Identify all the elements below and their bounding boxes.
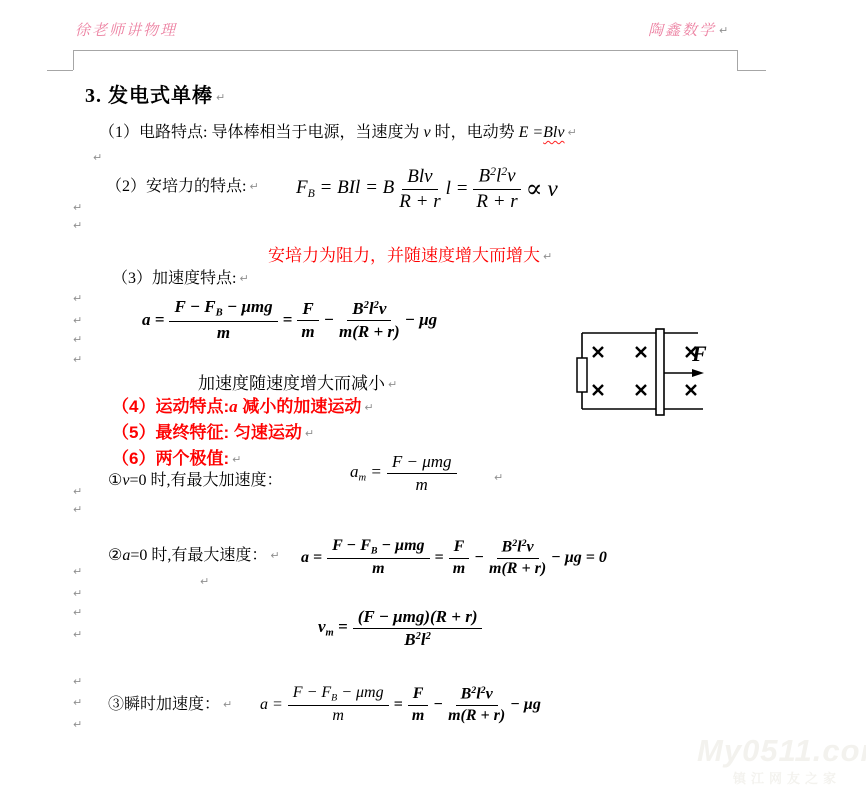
text-segment: （2）安培力的特点: xyxy=(106,178,246,195)
paragraph-mark: ↵ xyxy=(543,250,552,263)
fraction: F − μmgm xyxy=(387,452,457,494)
fraction-denominator: m(R + r) xyxy=(489,559,546,578)
text-segment: =0 时,有最大加速度： xyxy=(129,472,282,489)
flux-cross-icon xyxy=(686,385,696,395)
math-term: vm = xyxy=(318,617,348,639)
formula-max-acceleration: am =F − μmgm xyxy=(350,450,457,496)
fraction-numerator: F − FB − μmg xyxy=(169,297,277,322)
math-term: a = xyxy=(142,310,164,330)
fraction: B2l2vm(R + r) xyxy=(339,299,400,341)
math-term: − μg = 0 xyxy=(551,549,607,567)
fraction-numerator: Blv xyxy=(402,166,437,190)
fraction-denominator: R + r xyxy=(476,190,517,213)
sub-item-max-velocity: ②a=0 时,有最大速度：↵ xyxy=(108,545,280,566)
flux-crosses xyxy=(593,347,696,395)
paragraph-mark: ↵ xyxy=(719,24,730,37)
emf-equals: E = xyxy=(519,124,544,141)
emf-blv: Blv xyxy=(543,124,564,141)
paragraph-mark: ↵ xyxy=(73,676,82,687)
paragraph-mark: ↵ xyxy=(216,91,226,104)
math-term: − μg xyxy=(405,310,438,330)
fraction-denominator: m xyxy=(416,474,428,495)
text-segment: （3）加速度特点: xyxy=(112,270,236,287)
fraction-numerator: B2l2v xyxy=(497,538,539,559)
note-red-text: 安培力为阻力，并随速度增大而增大 xyxy=(268,246,540,265)
math-term: l = xyxy=(446,178,469,200)
paragraph-mark: ↵ xyxy=(73,588,82,599)
fraction: BlvR + r xyxy=(399,166,440,213)
paragraph-mark: ↵ xyxy=(305,427,314,440)
watermark-tagline: 镇江网友之家 xyxy=(733,768,841,787)
paragraph-mark: ↵ xyxy=(567,126,576,139)
math-term: a = xyxy=(301,549,322,567)
fraction: B2l2vm(R + r) xyxy=(489,538,546,578)
note-ampere-resistance: 安培力为阻力，并随速度增大而增大↵ xyxy=(268,245,552,267)
circled-two: ② xyxy=(108,547,122,564)
variable-v: v xyxy=(423,124,430,141)
flux-cross-icon xyxy=(636,385,646,395)
paragraph-ampere-label: （2）安培力的特点:↵ xyxy=(106,176,259,197)
paragraph-mark: ↵ xyxy=(73,293,82,304)
paragraph-mark: ↵ xyxy=(494,472,503,483)
sub-item-max-accel: ①v=0 时,有最大加速度： xyxy=(108,470,282,491)
note-black-text: 加速度随速度增大而减小 xyxy=(198,374,385,393)
paragraph-mark: ↵ xyxy=(73,486,82,497)
fraction-numerator: B2l2v xyxy=(347,299,391,321)
fraction-denominator: m xyxy=(453,559,465,578)
text-segment: 时，电动势 xyxy=(431,124,519,141)
variable-a: a xyxy=(229,397,238,416)
text-segment: （1）电路特点: 导体棒相当于电源，当速度为 xyxy=(99,124,423,141)
fraction: F − FB − μmgm xyxy=(288,684,389,725)
boundary-step-left xyxy=(73,50,74,70)
paragraph-mark: ↵ xyxy=(73,566,82,577)
fraction-numerator: F − FB − μmg xyxy=(288,684,389,706)
text-segment: 瞬时加速度： xyxy=(124,696,220,713)
fraction: Fm xyxy=(408,685,429,725)
fraction-numerator: F − μmg xyxy=(387,452,457,474)
fraction-numerator: B2l2v xyxy=(473,165,520,189)
fraction: Fm xyxy=(297,299,318,341)
fraction: F − FB − μmgm xyxy=(327,537,429,578)
item-motion-feature: （4）运动特点:a 减小的加速运动↵ xyxy=(112,396,374,418)
formula-acceleration: a =F − FB − μmgm=Fm−B2l2vm(R + r)− μg xyxy=(142,295,437,345)
fraction-denominator: m xyxy=(217,322,230,343)
formula-ampere-force: FB = BIl = BBlvR + rl =B2l2vR + r∝v xyxy=(296,163,558,215)
fraction: F − FB − μmgm xyxy=(169,297,277,342)
fraction: (F − μmg)(R + r)B2l2 xyxy=(353,607,483,649)
fraction: Fm xyxy=(449,538,470,578)
paragraph-circuit-feature: （1）电路特点: 导体棒相当于电源，当速度为 v 时，电动势 E =Blv↵ xyxy=(99,122,577,143)
fraction-numerator: (F − μmg)(R + r) xyxy=(353,607,483,629)
fraction-denominator: B2l2 xyxy=(404,629,431,650)
formula-inst-acceleration: a =F − FB − μmgm=Fm−B2l2vm(R + r)− μg xyxy=(260,679,541,731)
paragraph-mark: ↵ xyxy=(388,378,397,391)
paragraph-mark: ↵ xyxy=(223,698,232,711)
paragraph-mark: ↵ xyxy=(249,180,258,193)
fraction-numerator: F − FB − μmg xyxy=(327,537,429,559)
math-term: a = xyxy=(260,696,283,714)
circuit-diagram-svg: F xyxy=(575,327,715,419)
fraction-numerator: F xyxy=(449,538,470,558)
fraction: B2l2vm(R + r) xyxy=(448,685,505,725)
math-term: − xyxy=(433,696,443,714)
sub-item-inst-accel: ③瞬时加速度：↵ xyxy=(108,694,232,715)
math-term: v xyxy=(547,176,557,202)
math-term: = xyxy=(394,696,403,714)
fraction-denominator: m xyxy=(301,321,314,342)
paragraph-mark: ↵ xyxy=(232,453,241,466)
flux-cross-icon xyxy=(636,347,646,357)
formula-accel-zero: a =F − FB − μmgm=Fm−B2l2vm(R + r)− μg = … xyxy=(301,532,607,584)
paragraph-mark: ↵ xyxy=(239,272,248,285)
paragraph-mark: ↵ xyxy=(73,334,82,345)
math-term: ∝ xyxy=(526,174,543,204)
flux-cross-icon xyxy=(593,347,603,357)
force-label: F xyxy=(691,341,707,366)
paragraph-mark: ↵ xyxy=(73,315,82,326)
circled-three: ③ xyxy=(108,696,124,713)
paragraph-mark: ↵ xyxy=(73,607,82,618)
page-title-text: 3. 发电式单棒 xyxy=(85,85,213,107)
fraction-denominator: m xyxy=(372,559,384,578)
item-final-state: （5）最终特征: 匀速运动↵ xyxy=(112,422,314,444)
item-two-extremes: （6）两个极值:↵ xyxy=(112,448,241,470)
text-segment: （6）两个极值: xyxy=(112,449,229,468)
fraction-denominator: m xyxy=(412,706,424,725)
math-term: − xyxy=(324,310,334,330)
paragraph-mark: ↵ xyxy=(364,401,373,414)
flux-cross-icon xyxy=(593,385,603,395)
math-term: = xyxy=(435,549,444,567)
header-boundary-line xyxy=(73,50,738,51)
boundary-ledge-left xyxy=(47,70,73,71)
text-segment: （4）运动特点: xyxy=(112,397,229,416)
boundary-ledge-right xyxy=(737,70,766,71)
document-page: 徐老师讲物理 陶鑫数学↵ 3. 发电式单棒↵ （1）电路特点: 导体棒相当于电源… xyxy=(0,0,866,793)
math-term: = xyxy=(283,310,293,330)
fraction-denominator: m(R + r) xyxy=(448,706,505,725)
math-term: − xyxy=(474,549,484,567)
paragraph-mark: ↵ xyxy=(73,354,82,365)
paragraph-mark: ↵ xyxy=(93,152,102,163)
boundary-step-right xyxy=(737,50,738,70)
fraction: B2l2vR + r xyxy=(473,165,520,212)
circled-one: ① xyxy=(108,472,122,489)
paragraph-mark: ↵ xyxy=(73,220,82,231)
header-right-text: 陶鑫数学↵ xyxy=(648,19,730,40)
paragraph-mark: ↵ xyxy=(73,202,82,213)
fraction-numerator: F xyxy=(408,685,429,705)
fraction-denominator: R + r xyxy=(399,190,440,213)
fraction-denominator: m xyxy=(332,706,344,725)
conducting-rod xyxy=(656,329,664,415)
paragraph-mark: ↵ xyxy=(73,504,82,515)
paragraph-mark: ↵ xyxy=(73,697,82,708)
fraction-numerator: F xyxy=(297,299,318,321)
circuit-diagram: F xyxy=(575,327,715,419)
force-arrow-head xyxy=(692,369,704,377)
note-accel-decrease: 加速度随速度增大而减小↵ xyxy=(198,373,397,395)
paragraph-mark: ↵ xyxy=(73,719,82,730)
fraction-numerator: B2l2v xyxy=(456,685,498,706)
formula-max-velocity: vm =(F − μmg)(R + r)B2l2 xyxy=(318,603,482,653)
paragraph-mark: ↵ xyxy=(200,576,209,587)
math-term: − μg xyxy=(510,696,541,714)
math-term: am = xyxy=(350,462,382,484)
text-segment: （5）最终特征: 匀速运动 xyxy=(112,423,302,442)
text-segment: =0 时,有最大速度： xyxy=(130,547,267,564)
math-term: FB = BIl = B xyxy=(296,177,394,201)
paragraph-accel-label: （3）加速度特点:↵ xyxy=(112,268,249,289)
paragraph-mark: ↵ xyxy=(73,629,82,640)
text-segment: 减小的加速运动 xyxy=(238,397,362,416)
fraction-denominator: m(R + r) xyxy=(339,321,400,342)
header-right-label: 陶鑫数学 xyxy=(648,23,716,39)
page-title: 3. 发电式单棒↵ xyxy=(85,86,226,108)
header-left-text: 徐老师讲物理 xyxy=(75,19,177,40)
watermark-logo: My0511.com xyxy=(697,733,866,769)
paragraph-mark: ↵ xyxy=(270,549,279,562)
resistor xyxy=(577,358,587,392)
